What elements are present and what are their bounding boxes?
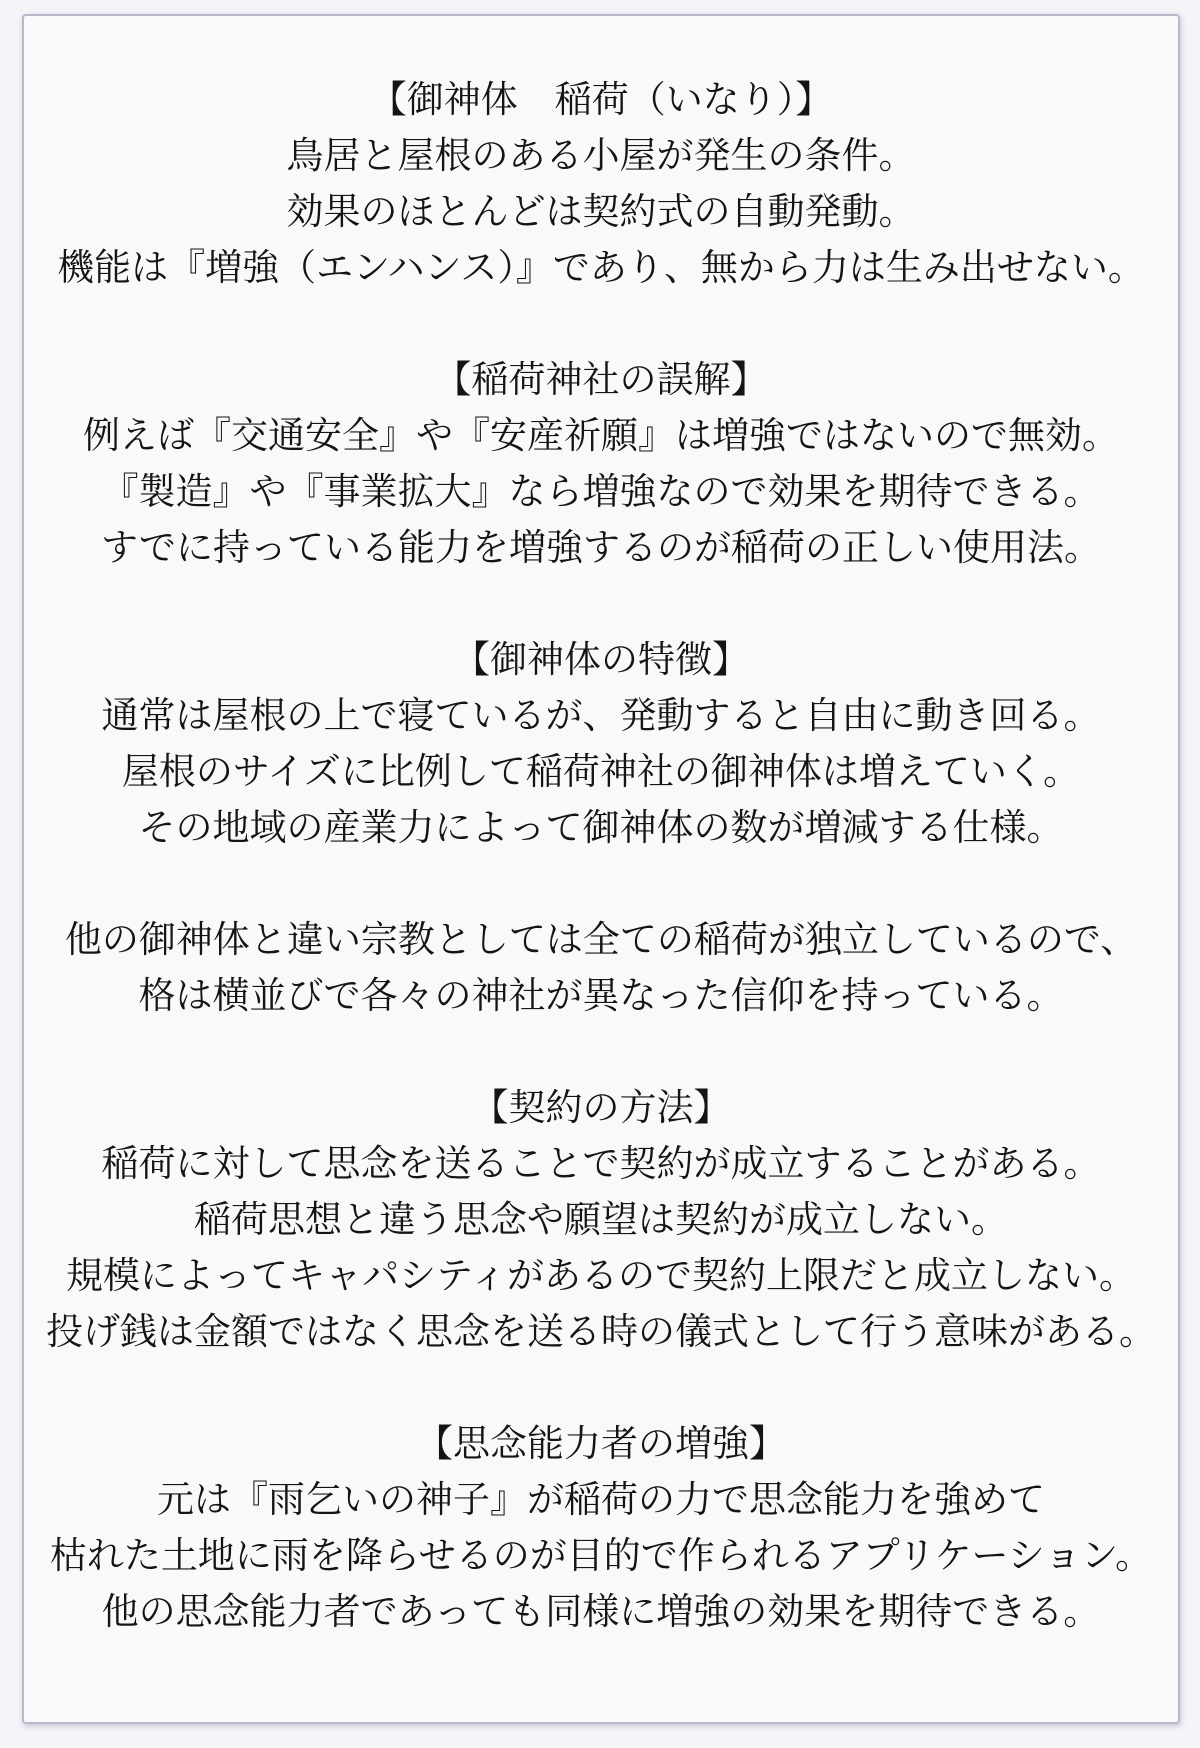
text-line: 枯れた土地に雨を降らせるのが目的で作られるアプリケーション。 (42, 1528, 1160, 1584)
section-heading: 【御神体の特徴】 (42, 632, 1160, 688)
section-heading: 【稲荷神社の誤解】 (42, 352, 1160, 408)
text-line: 稲荷思想と違う思念や願望は契約が成立しない。 (42, 1192, 1160, 1248)
text-line: 規模によってキャパシティがあるので契約上限だと成立しない。 (42, 1248, 1160, 1304)
text-line: 格は横並びで各々の神社が異なった信仰を持っている。 (42, 968, 1160, 1024)
text-line: 機能は『増強（エンハンス）』であり、無から力は生み出せない。 (42, 240, 1160, 296)
section-heading: 【思念能力者の増強】 (42, 1416, 1160, 1472)
text-line: 屋根のサイズに比例して稲荷神社の御神体は増えていく。 (42, 744, 1160, 800)
text-line: 『製造』や『事業拡大』なら増強なので効果を期待できる。 (42, 464, 1160, 520)
text-line: すでに持っている能力を増強するのが稲荷の正しい使用法。 (42, 520, 1160, 576)
section-keiyaku-hoho: 【契約の方法】 稲荷に対して思念を送ることで契約が成立することがある。 稲荷思想… (42, 1080, 1160, 1360)
section-independence-note: 他の御神体と違い宗教としては全ての稲荷が独立しているので、 格は横並びで各々の神… (42, 912, 1160, 1024)
section-shinen-zokyo: 【思念能力者の増強】 元は『雨乞いの神子』が稲荷の力で思念能力を強めて 枯れた土… (42, 1416, 1160, 1640)
text-line: 効果のほとんどは契約式の自動発動。 (42, 184, 1160, 240)
document-card: 【御神体 稲荷（いなり）】 鳥居と屋根のある小屋が発生の条件。 効果のほとんどは… (22, 14, 1180, 1724)
text-line: 他の思念能力者であっても同様に増強の効果を期待できる。 (42, 1584, 1160, 1640)
section-heading: 【契約の方法】 (42, 1080, 1160, 1136)
section-heading: 【御神体 稲荷（いなり）】 (42, 72, 1160, 128)
section-goshintai-tokucho: 【御神体の特徴】 通常は屋根の上で寝ているが、発動すると自由に動き回る。 屋根の… (42, 632, 1160, 856)
text-line: 通常は屋根の上で寝ているが、発動すると自由に動き回る。 (42, 688, 1160, 744)
text-line: 稲荷に対して思念を送ることで契約が成立することがある。 (42, 1136, 1160, 1192)
text-line: 鳥居と屋根のある小屋が発生の条件。 (42, 128, 1160, 184)
text-line: その地域の産業力によって御神体の数が増減する仕様。 (42, 800, 1160, 856)
section-goshintai-inari: 【御神体 稲荷（いなり）】 鳥居と屋根のある小屋が発生の条件。 効果のほとんどは… (42, 72, 1160, 296)
section-inari-jinja-gokai: 【稲荷神社の誤解】 例えば『交通安全』や『安産祈願』は増強ではないので無効。 『… (42, 352, 1160, 576)
text-line: 投げ銭は金額ではなく思念を送る時の儀式として行う意味がある。 (42, 1304, 1160, 1360)
text-line: 例えば『交通安全』や『安産祈願』は増強ではないので無効。 (42, 408, 1160, 464)
text-line: 他の御神体と違い宗教としては全ての稲荷が独立しているので、 (42, 912, 1160, 968)
text-line: 元は『雨乞いの神子』が稲荷の力で思念能力を強めて (42, 1472, 1160, 1528)
